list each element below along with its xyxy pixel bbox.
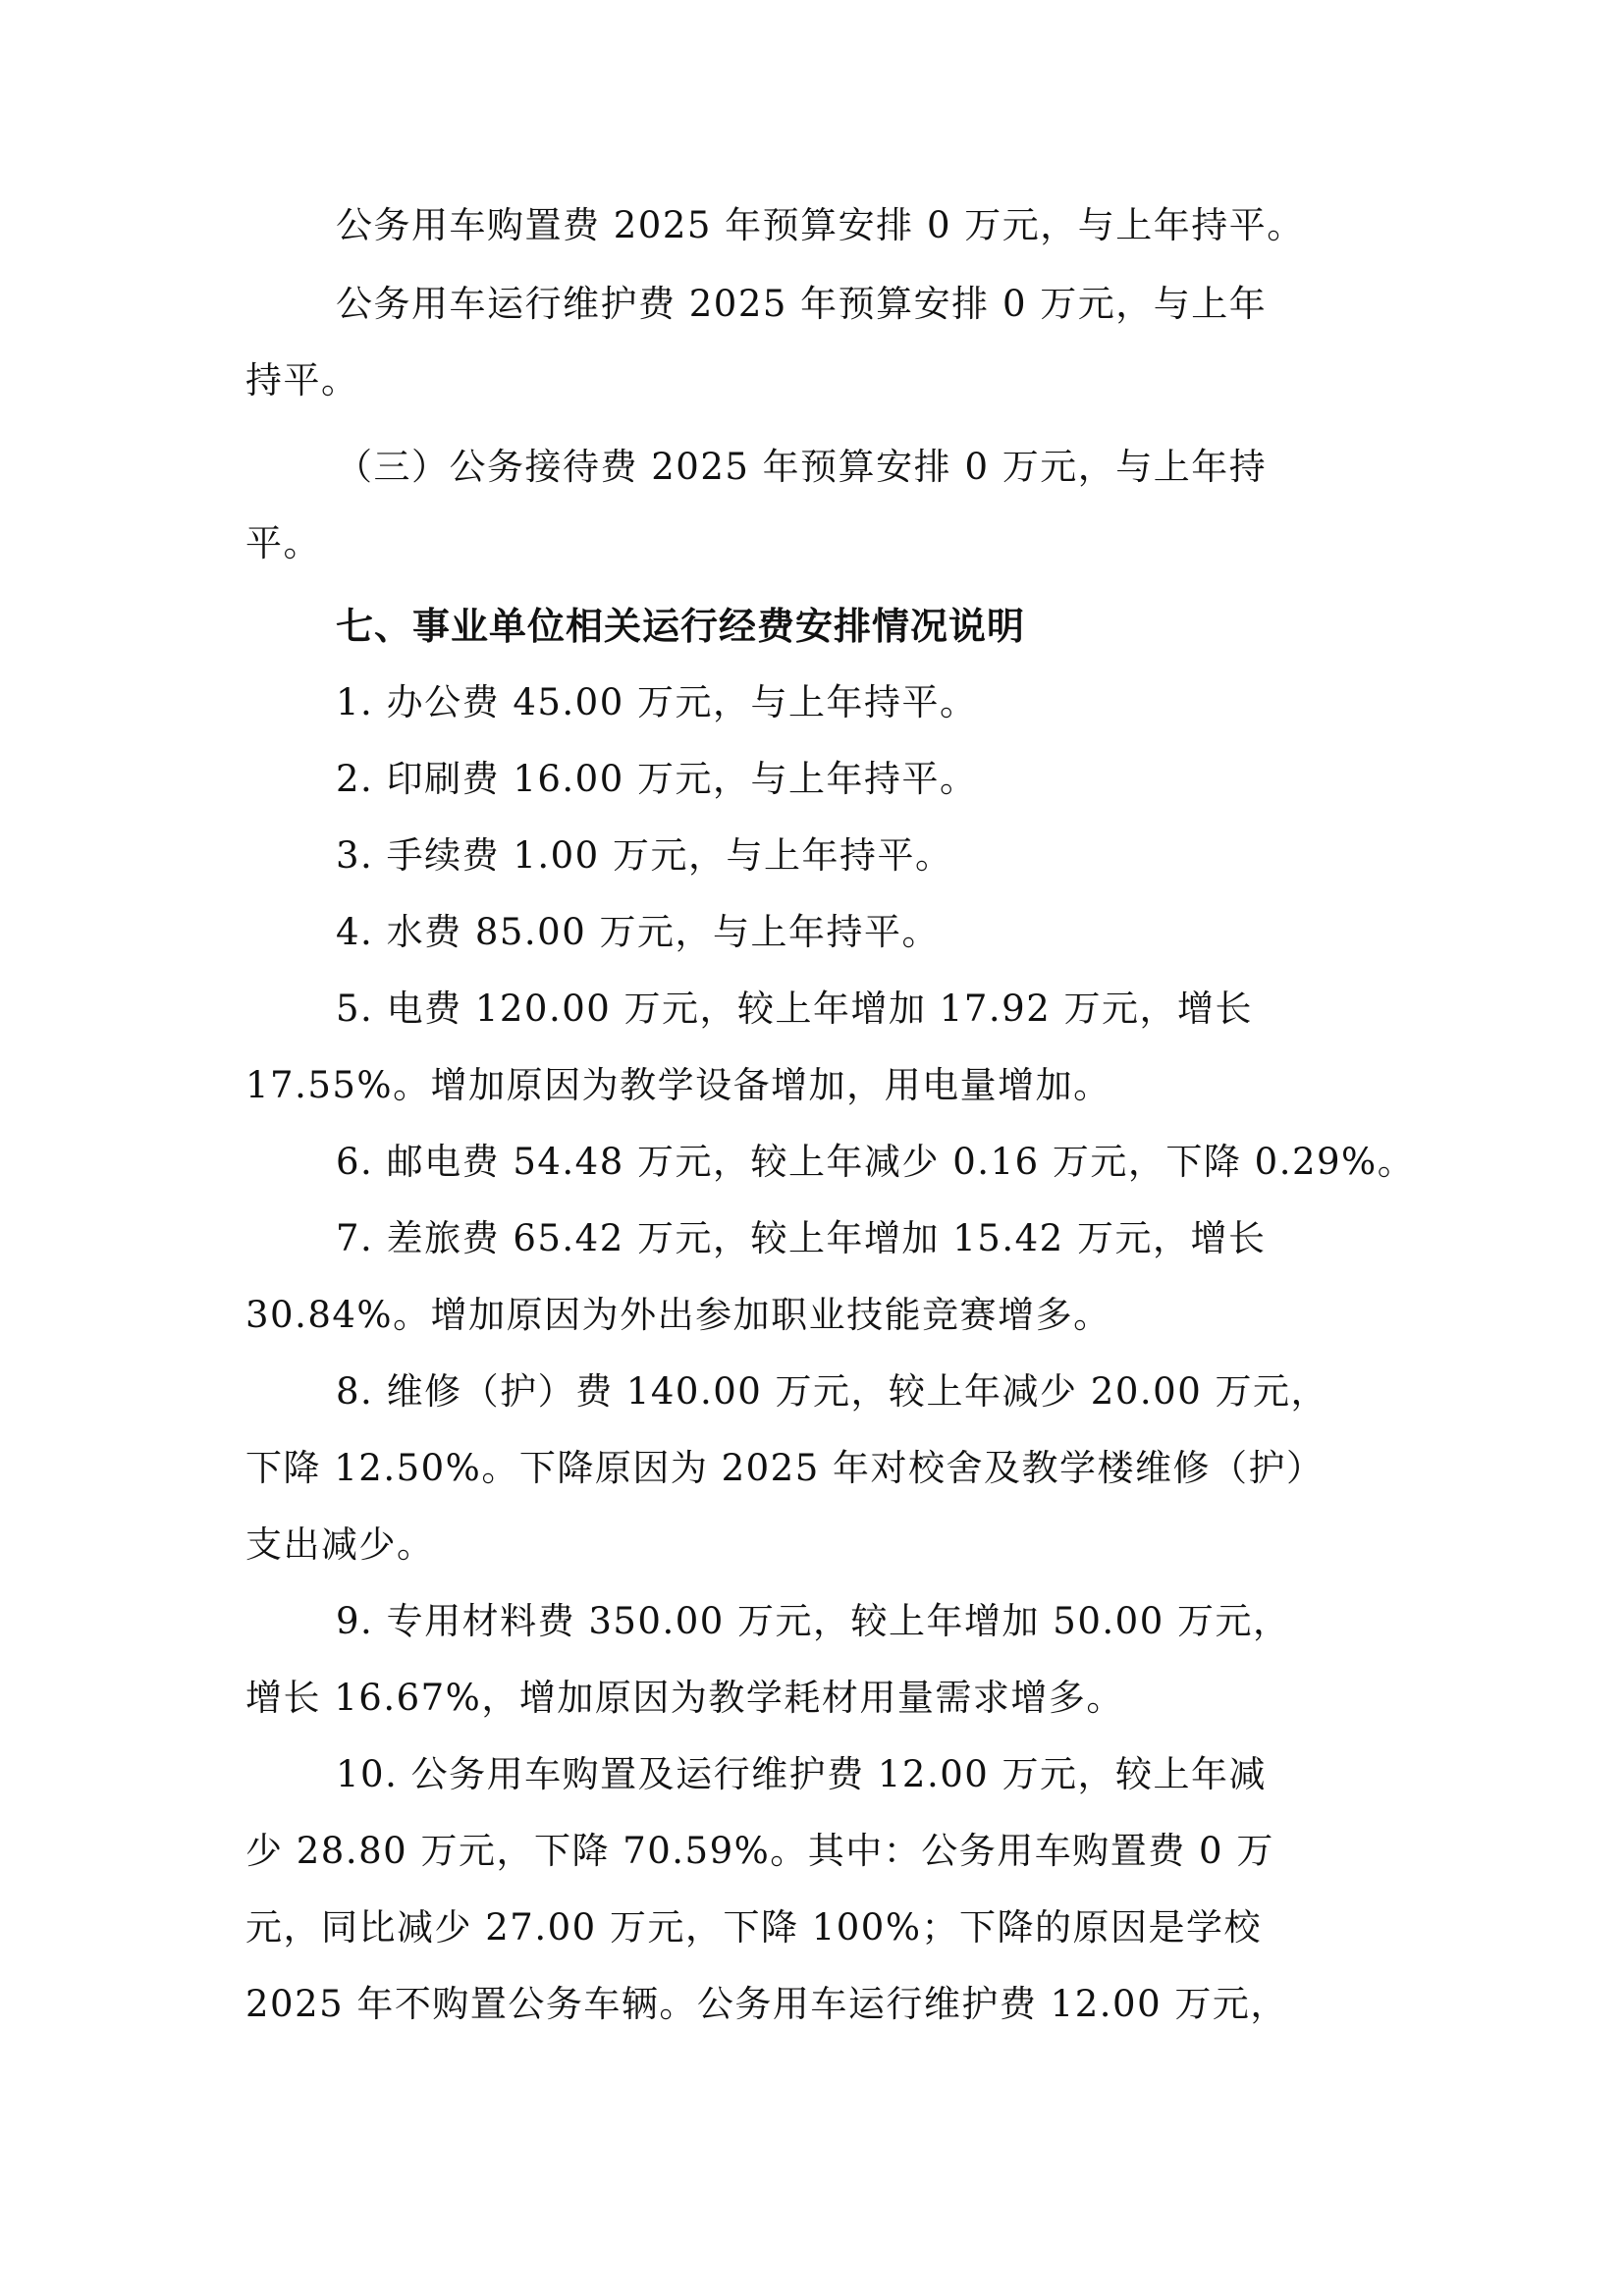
paragraph-reception-line2: 平。: [245, 524, 321, 563]
paragraph-vehicle-purchase: 公务用车购置费 2025 年预算安排 0 万元，与上年持平。: [336, 206, 1305, 245]
item-8-line3: 支出减少。: [245, 1525, 435, 1565]
item-8-line1: 8. 维修（护）费 140.00 万元，较上年减少 20.00 万元，: [336, 1372, 1328, 1412]
item-10-line2: 少 28.80 万元，下降 70.59%。其中：公务用车购置费 0 万: [245, 1832, 1274, 1871]
item-5-line2: 17.55%。增加原因为教学设备增加，用电量增加。: [245, 1066, 1111, 1105]
item-6: 6. 邮电费 54.48 万元，较上年减少 0.16 万元，下降 0.29%。: [336, 1143, 1415, 1182]
item-1: 1. 办公费 45.00 万元，与上年持平。: [336, 683, 978, 722]
section-heading: 七、事业单位相关运行经费安排情况说明: [336, 607, 1025, 646]
item-7-line1: 7. 差旅费 65.42 万元，较上年增加 15.42 万元，增长: [336, 1219, 1266, 1258]
item-2: 2. 印刷费 16.00 万元，与上年持平。: [336, 760, 978, 799]
item-10-line1: 10. 公务用车购置及运行维护费 12.00 万元，较上年减: [336, 1755, 1267, 1794]
paragraph-reception-line1: （三）公务接待费 2025 年预算安排 0 万元，与上年持: [336, 448, 1267, 487]
item-4: 4. 水费 85.00 万元，与上年持平。: [336, 913, 940, 952]
paragraph-vehicle-maintenance-line2: 持平。: [245, 361, 359, 400]
item-7-line2: 30.84%。增加原因为外出参加职业技能竞赛增多。: [245, 1296, 1111, 1335]
item-5-line1: 5. 电费 120.00 万元，较上年增加 17.92 万元，增长: [336, 989, 1253, 1029]
paragraph-vehicle-maintenance-line1: 公务用车运行维护费 2025 年预算安排 0 万元，与上年: [336, 285, 1267, 324]
item-3: 3. 手续费 1.00 万元，与上年持平。: [336, 836, 952, 876]
item-10-line3: 元，同比减少 27.00 万元，下降 100%；下降的原因是学校: [245, 1908, 1262, 1948]
item-8-line2: 下降 12.50%。下降原因为 2025 年对校舍及教学楼维修（护）: [245, 1449, 1325, 1488]
item-9-line1: 9. 专用材料费 350.00 万元，较上年增加 50.00 万元，: [336, 1602, 1291, 1641]
item-10-line4: 2025 年不购置公务车辆。公务用车运行维护费 12.00 万元，: [245, 1985, 1288, 2024]
item-9-line2: 增长 16.67%，增加原因为教学耗材用量需求增多。: [245, 1679, 1124, 1718]
